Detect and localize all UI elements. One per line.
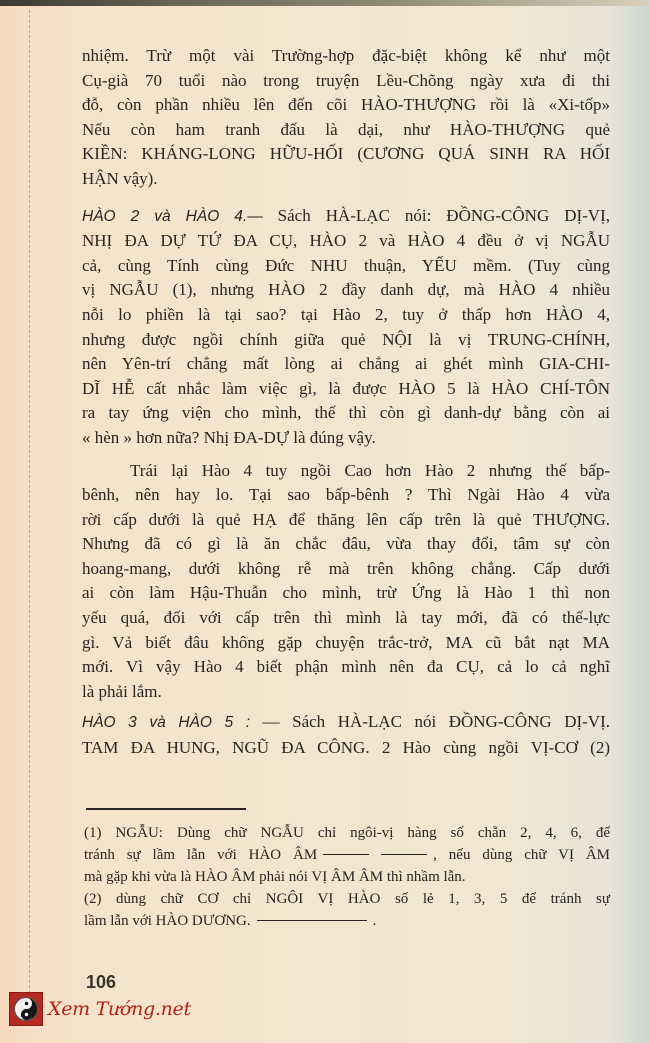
broken-yin-line-symbol (381, 854, 427, 855)
watermark-text: Xem Tướng.net (48, 998, 191, 1020)
footnote-1-line: (1) NGẪU: Dùng chữ NGẪU chỉ ngôi-vị hàng… (84, 822, 610, 844)
footnote-2-line: (2) dùng chữ CƠ chỉ NGÔI VỊ HÀO số lẻ 1,… (84, 888, 610, 910)
text-line: mới. Vì vậy Hào 4 biết phận mình nên đa … (82, 655, 610, 680)
scanned-book-page: nhiệm. Trừ một vài Trường-hợp đặc-biệt k… (0, 0, 650, 1043)
yin-yang-icon (14, 997, 38, 1021)
text-line: ra tay ứng viện cho mình, thế thì còn gì… (82, 401, 610, 426)
text-line: rời cấp dưới là quẻ HẠ để thăng lên cấp … (82, 508, 610, 533)
footnote-2-line: lầm lẫn với HÀO DƯƠNG.. (84, 910, 610, 932)
text-fragment: , nếu dùng chữ VỊ ÂM (433, 847, 610, 863)
footnote-1-line: tránh sự lầm lẫn với HÀO ÂM, nếu dùng ch… (84, 844, 610, 866)
text-fragment: tránh sự lầm lẫn với HÀO ÂM (84, 847, 317, 863)
broken-yin-line-symbol (323, 854, 369, 855)
site-watermark: Xem Tướng.net (10, 992, 191, 1026)
section-heading-hao-3-5: HÀO 3 và HÀO 5 : (82, 714, 250, 731)
footnotes: (1) NGẪU: Dùng chữ NGẪU chỉ ngôi-vị hàng… (84, 822, 610, 932)
text-line: là phải lắm. (82, 680, 610, 705)
text-line: cả, cùng Tính cùng Đức NHU thuận, YẾU mề… (82, 254, 610, 279)
text-line: nên Yên-trí chẳng mất lòng ai chẳng ai g… (82, 352, 610, 377)
text-line: HẬN vậy). (82, 167, 610, 192)
text-fragment: . (373, 913, 377, 929)
section-hao-2-4-first-line: HÀO 2 và HÀO 4.— Sách HÀ-LẠC nói: ĐỒNG-C… (82, 204, 610, 230)
text-fragment: lầm lẫn với HÀO DƯƠNG. (84, 913, 251, 929)
section-hao-3-5-first-line: HÀO 3 và HÀO 5 : — Sách HÀ-LẠC nói ĐỒNG-… (82, 710, 610, 736)
text-fragment: — Sách HÀ-LẠC nói ĐỒNG-CÔNG DỊ-VỊ. (250, 712, 610, 731)
text-line: « hèn » hơn nữa? Nhị ĐA-DỰ là đúng vậy. (82, 426, 610, 451)
text-line: NHỊ ĐA DỰ TỨ ĐA CỤ, HÀO 2 và HÀO 4 đều ở… (82, 229, 610, 254)
text-line: Nếu còn ham tranh đấu là dại, như HÀO-TH… (82, 118, 610, 143)
text-line: gì. Vả biết đâu không gặp chuyện trắc-tr… (82, 631, 610, 656)
text-line: ai còn làm Hậu-Thuẫn cho mình, trừ Ứng l… (82, 581, 610, 606)
footnote-1-line: mà gặp khi vừa là HÀO ÂM phải nói VỊ ÂM … (84, 866, 610, 888)
text-line: vị NGẪU (1), nhưng HÀO 2 đầy danh dự, mà… (82, 278, 610, 303)
solid-yang-line-symbol (257, 920, 367, 921)
text-line: TAM ĐA HUNG, NGŨ ĐA CÔNG. 2 Hào cùng ngồ… (82, 736, 610, 761)
footnote-separator (86, 808, 246, 810)
page-fold-line (29, 10, 30, 1010)
logo-box (10, 993, 42, 1025)
page-number: 106 (86, 972, 116, 993)
text-line: nhiệm. Trừ một vài Trường-hợp đặc-biệt k… (82, 44, 610, 69)
main-text: nhiệm. Trừ một vài Trường-hợp đặc-biệt k… (82, 44, 610, 761)
section-heading-hao-2-4: HÀO 2 và HÀO 4.— (82, 208, 263, 225)
text-line: đỗ, còn phần nhiều lên đến cõi HÀO-THƯỢN… (82, 93, 610, 118)
text-line: Cụ-già 70 tuổi nào trong truyện Lều-Chõn… (82, 69, 610, 94)
scan-edge-shadow (0, 0, 650, 6)
text-line: nhưng được ngồi chính giữa quẻ NỘI là vị… (82, 328, 610, 353)
text-fragment: Sách HÀ-LẠC nói: ĐỒNG-CÔNG DỊ-VỊ, (263, 206, 610, 225)
text-line: DĨ HỄ cất nhắc làm việc gì, là được HÀO … (82, 377, 610, 402)
text-line: bênh, nên hay lo. Tại sao bấp-bênh ? Thì… (82, 483, 610, 508)
text-line: nỗi lo phiền là tại sao? tại Hào 2, tuy … (82, 303, 610, 328)
text-line: Nhưng đã có gì là ăn chắc đâu, vừa thay … (82, 532, 610, 557)
text-line: KIỀN: KHÁNG-LONG HỮU-HỐI (CƯƠNG QUÁ SINH… (82, 142, 610, 167)
text-line: Trái lại Hào 4 tuy ngồi Cao hơn Hào 2 nh… (82, 459, 610, 484)
text-line: hoang-mang, dưới không rễ mà trên không … (82, 557, 610, 582)
text-line: yếu quá, đối với cấp trên thì mình là ta… (82, 606, 610, 631)
